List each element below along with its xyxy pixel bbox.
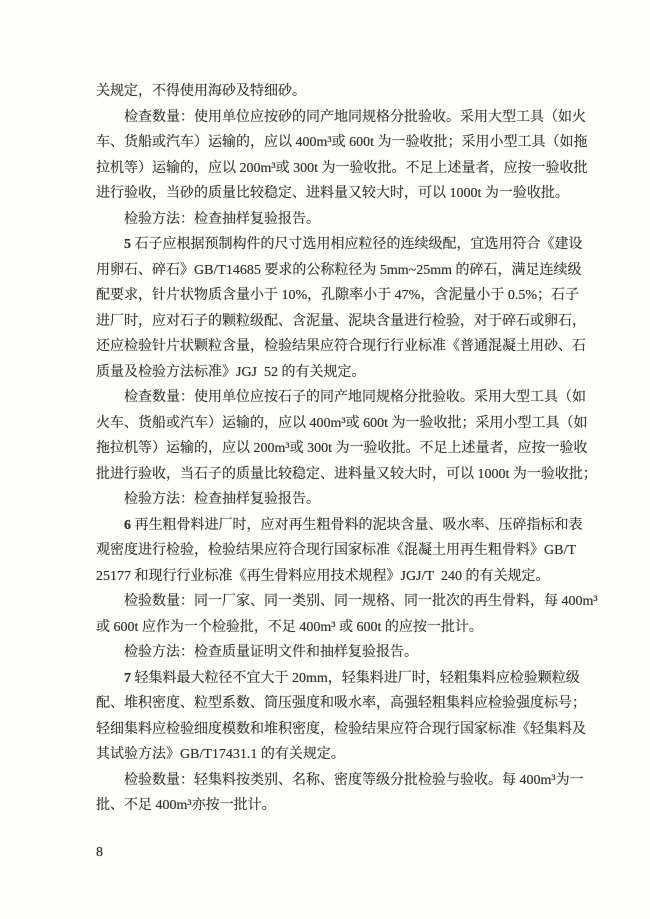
text-line: 6 再生粗骨料进厂时，应对再生粗骨料的泥块含量、吸水率、压碎指标和表	[96, 513, 557, 539]
text-line: 检验数量：同一厂家、同一类别、同一规格、同一批次的再生骨料，每 400m³	[96, 589, 557, 615]
clause-number: 5	[124, 237, 131, 252]
text-line: 其试验方法》GB/T17431.1 的有关规定。	[96, 742, 557, 768]
text-line: 配要求，针片状物质含量小于 10%，孔隙率小于 47%，含泥量小于 0.5%；石…	[96, 283, 557, 309]
text-line: 进行验收，当砂的质量比较稳定、进料量又较大时，可以 1000t 为一验收批。	[96, 181, 557, 207]
text-line: 25177 和现行行业标准《再生骨料应用技术规程》JGJ/T 240 的有关规定…	[96, 564, 557, 590]
document-page: 关规定，不得使用海砂及特细砂。检查数量：使用单位应按砂的同产地同规格分批验收。采…	[0, 0, 650, 919]
text-line: 批进行验收，当石子的质量比较稳定、进料量又较大时，可以 1000t 为一验收批；	[96, 462, 557, 488]
text-line: 检验方法：检查质量证明文件和抽样复验报告。	[96, 640, 557, 666]
text-line: 质量及检验方法标准》JGJ 52 的有关规定。	[96, 360, 557, 386]
text-line: 观密度进行检验，检验结果应符合现行国家标准《混凝土用再生粗骨料》GB/T	[96, 538, 557, 564]
clause-number: 6	[124, 518, 131, 533]
text-line: 拖拉机等）运输的，应以 200m³或 300t 为一验收批。不足上述量者，应按一…	[96, 436, 557, 462]
text-line: 配、堆积密度、粒型系数、筒压强度和吸水率，高强轻粗集料应检验强度标号；	[96, 691, 557, 717]
text-line: 或 600t 应作为一个检验批，不足 400m³ 或 600t 的应按一批计。	[96, 615, 557, 641]
text-line: 检查数量：使用单位应按石子的同产地同规格分批验收。采用大型工具（如	[96, 385, 557, 411]
text-line: 用卵石、碎石》GB/T14685 要求的公称粒径为 5mm~25mm 的碎石，满…	[96, 258, 557, 284]
text-line: 检验方法：检查抽样复验报告。	[96, 487, 557, 513]
text-line: 火车、货船或汽车）运输的，应以 400m³或 600t 为一验收批；采用小型工具…	[96, 411, 557, 437]
text-line: 拉机等）运输的，应以 200m³或 300t 为一验收批。不足上述量者，应按一验…	[96, 156, 557, 182]
text-line: 车、货船或汽车）运输的，应以 400m³或 600t 为一验收批；采用小型工具（…	[96, 130, 557, 156]
text-line: 进厂时，应对石子的颗粒级配、含泥量、泥块含量进行检验，对于碎石或卵石，	[96, 309, 557, 335]
clause-number: 7	[124, 671, 131, 686]
text-line: 检查数量：使用单位应按砂的同产地同规格分批验收。采用大型工具（如火	[96, 105, 557, 131]
text-line: 关规定，不得使用海砂及特细砂。	[96, 79, 557, 105]
text-line: 还应检验针片状颗粒含量，检验结果应符合现行行业标准《普通混凝土用砂、石	[96, 334, 557, 360]
text-line: 5 石子应根据预制构件的尺寸选用相应粒径的连续级配，宜选用符合《建设	[96, 232, 557, 258]
text-line: 批、不足 400m³亦按一批计。	[96, 793, 557, 819]
text-line: 检验方法：检查抽样复验报告。	[96, 207, 557, 233]
text-line: 轻细集料应检验细度模数和堆积密度，检验结果应符合现行国家标准《轻集料及	[96, 717, 557, 743]
text-line: 7 轻集料最大粒径不宜大于 20mm，轻集料进厂时，轻粗集料应检验颗粒级	[96, 666, 557, 692]
page-number: 8	[96, 843, 103, 863]
text-line: 检验数量：轻集料按类别、名称、密度等级分批检验与验收。每 400m³为一	[96, 768, 557, 794]
document-body: 关规定，不得使用海砂及特细砂。检查数量：使用单位应按砂的同产地同规格分批验收。采…	[96, 79, 557, 819]
